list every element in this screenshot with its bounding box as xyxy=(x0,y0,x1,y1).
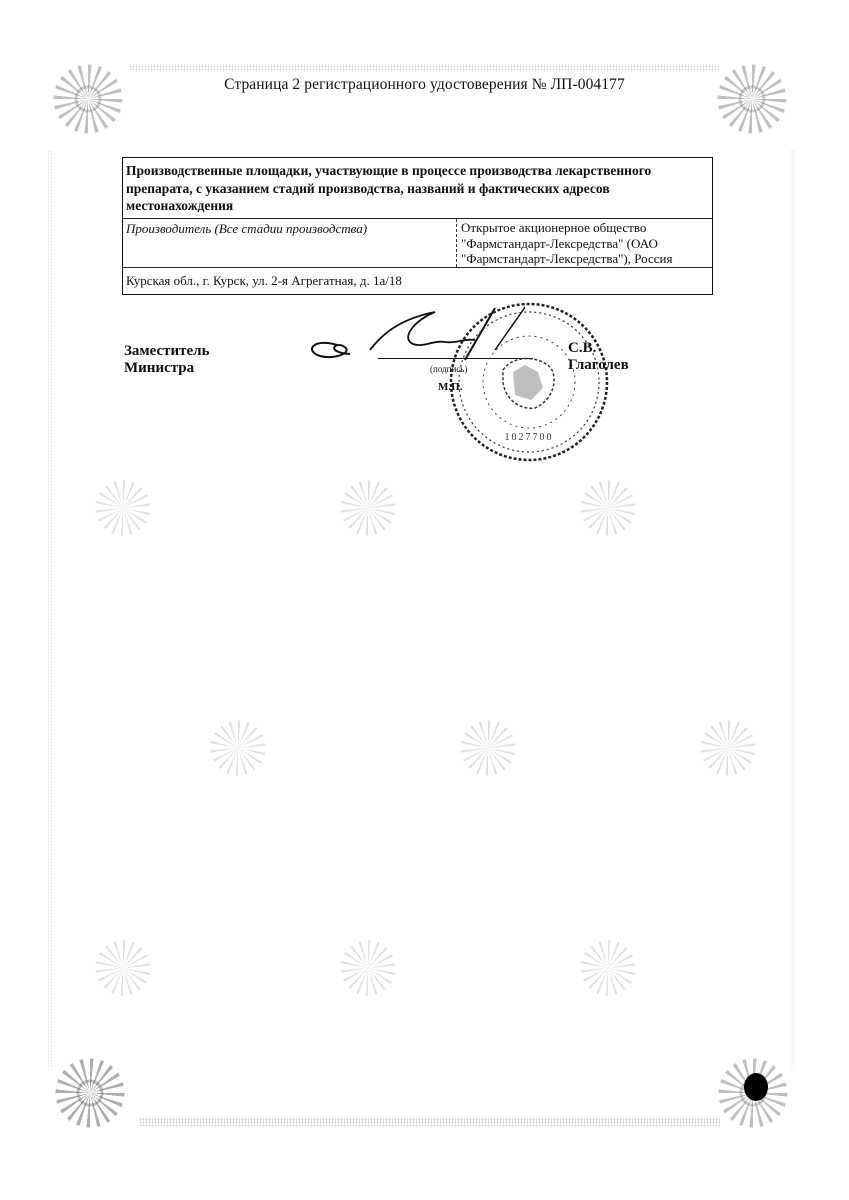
corner-rosette-icon xyxy=(55,1058,125,1128)
producer-role: Производитель (Все стадии производства) xyxy=(123,219,457,267)
production-sites-table: Производственные площадки, участвующие в… xyxy=(122,157,713,295)
signatory-title: Заместитель Министра xyxy=(124,343,210,377)
page-header: Страница 2 регистрационного удостоверени… xyxy=(0,76,849,94)
hologram-dot-icon xyxy=(744,1073,768,1101)
watermark-rosette-icon xyxy=(340,480,396,536)
signatory-name: С.В. Глаголев xyxy=(568,340,629,374)
watermark-rosette-icon xyxy=(460,720,516,776)
watermark-rosette-icon xyxy=(580,480,636,536)
watermark-rosette-icon xyxy=(340,940,396,996)
producer-name: Открытое акционерное общество "Фармстанд… xyxy=(457,219,712,267)
table-row-address: Курская обл., г. Курск, ул. 2-я Агрегатн… xyxy=(123,268,712,294)
table-row-producer: Производитель (Все стадии производства) … xyxy=(123,219,712,268)
security-border-right xyxy=(790,150,796,1070)
corner-rosette-icon xyxy=(53,64,123,134)
svg-text:1027700: 1027700 xyxy=(505,432,554,443)
watermark-rosette-icon xyxy=(580,940,636,996)
security-border-bottom xyxy=(140,1118,720,1126)
watermark-rosette-icon xyxy=(95,940,151,996)
security-border-top xyxy=(130,64,720,70)
watermark-rosette-icon xyxy=(210,720,266,776)
table-header: Производственные площадки, участвующие в… xyxy=(123,158,712,219)
security-border-left xyxy=(48,150,54,1070)
watermark-rosette-icon xyxy=(700,720,756,776)
corner-rosette-icon xyxy=(717,64,787,134)
round-official-seal-icon: 1027700 xyxy=(443,300,613,465)
watermark-rosette-icon xyxy=(95,480,151,536)
